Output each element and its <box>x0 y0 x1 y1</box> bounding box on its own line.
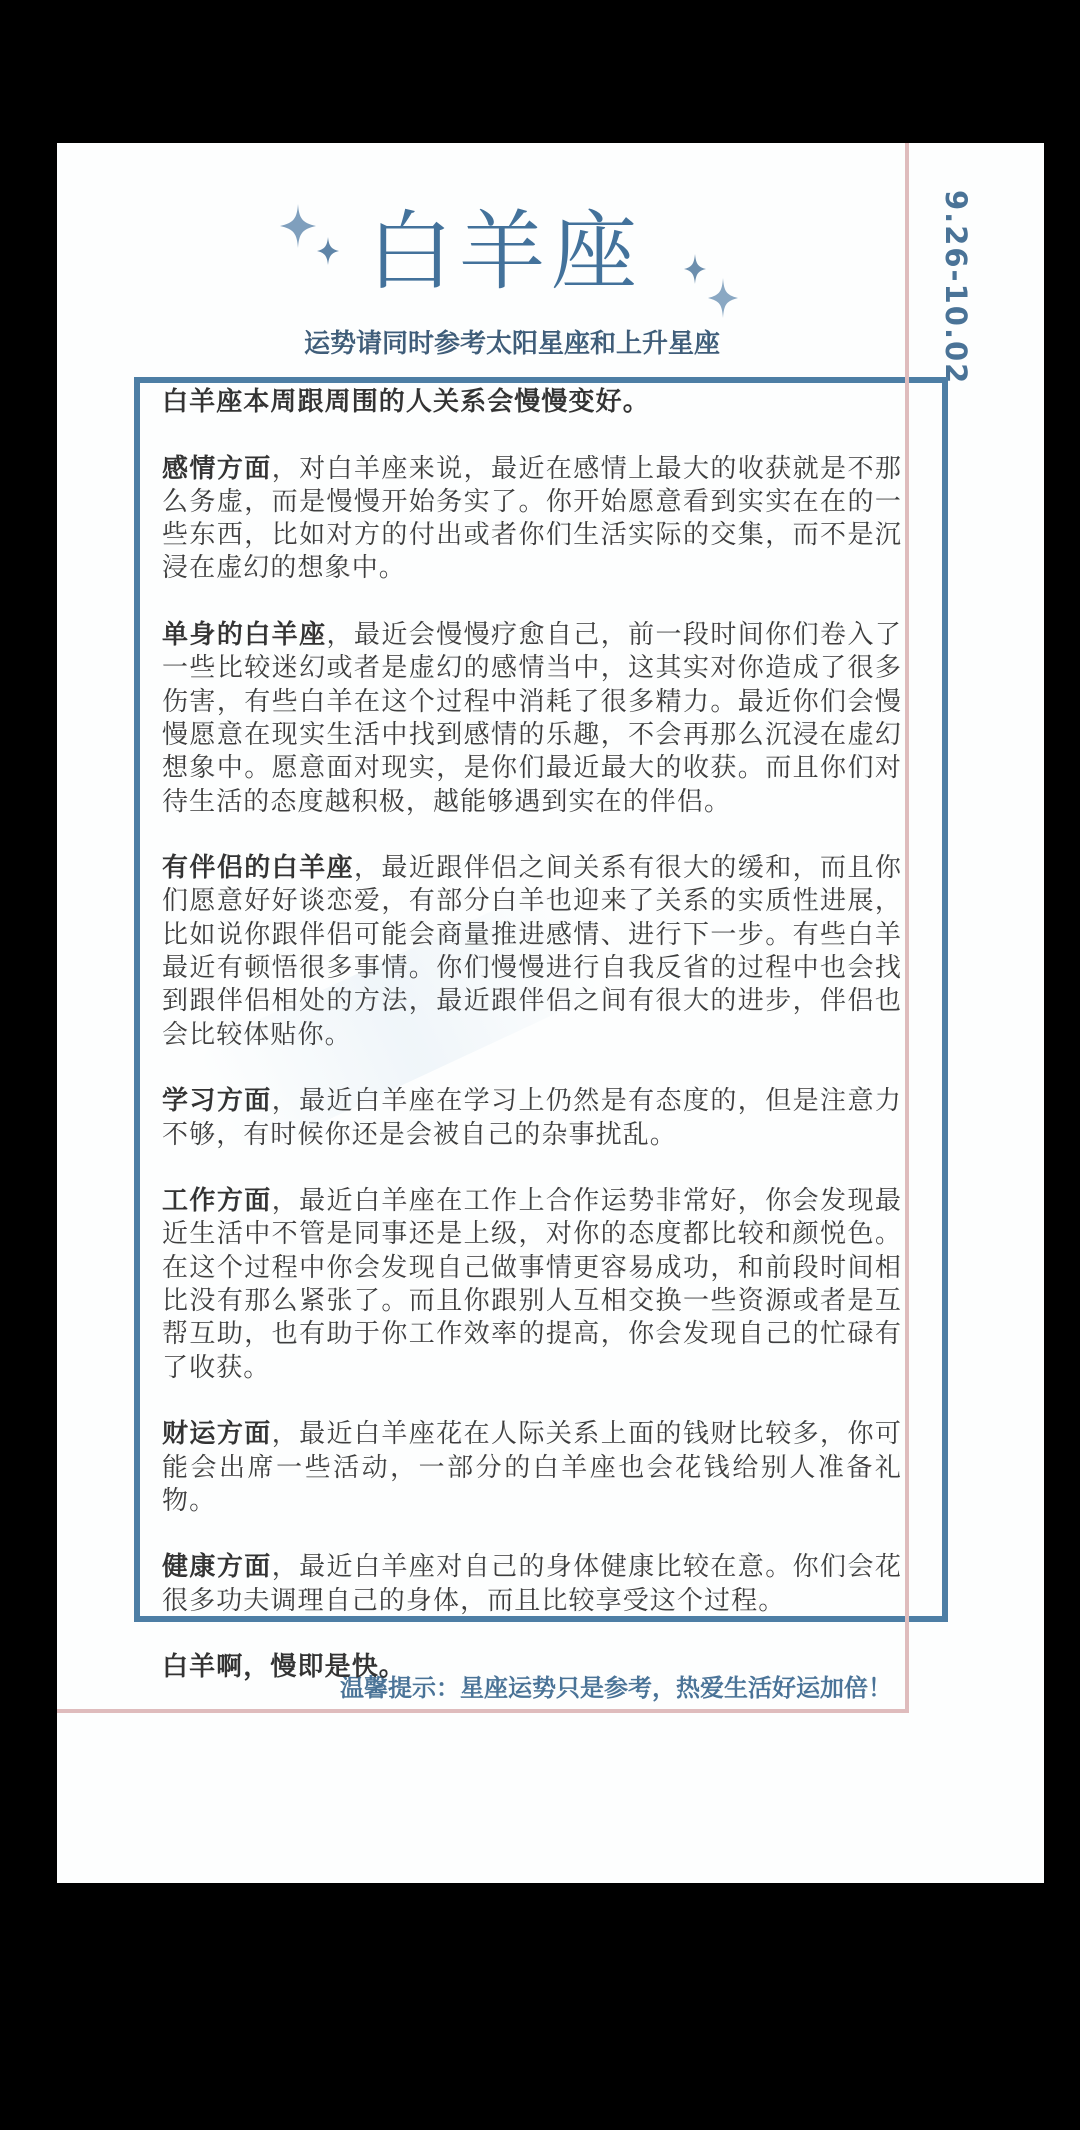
closing-sentence: 白羊啊，慢即是快。 <box>162 1651 902 1684</box>
section-text: ，最近白羊座在学习上仍然是有态度的，但是注意力不够，有时候你还是会被自己的杂事扰… <box>162 1086 902 1149</box>
page-title: 白羊座 <box>360 196 650 308</box>
section-health: 健康方面，最近白羊座对自己的身体健康比较在意。你们会花很多功夫调理自己的身体，而… <box>162 1551 902 1618</box>
section-heading: 感情方面 <box>162 454 272 484</box>
sparkle-icon-left-small <box>317 237 339 265</box>
section-text: ，最近白羊座花在人际关系上面的钱财比较多，你可能会出席一些活动，一部分的白羊座也… <box>162 1419 902 1516</box>
section-wealth: 财运方面，最近白羊座花在人际关系上面的钱财比较多，你可能会出席一些活动，一部分的… <box>162 1418 902 1518</box>
section-heading: 工作方面 <box>162 1186 272 1216</box>
sparkle-icon-right-large <box>708 278 738 318</box>
section-text: ，最近白羊座在工作上合作运势非常好，你会发现最近生活中不管是同事还是上级，对你的… <box>162 1186 902 1382</box>
section-heading: 健康方面 <box>162 1552 272 1582</box>
section-heading: 有伴侣的白羊座 <box>162 853 354 883</box>
section-partnered: 有伴侣的白羊座，最近跟伴侣之间关系有很大的缓和，而且你们愿意好好谈恋爱，有部分白… <box>162 852 902 1052</box>
section-text: ，最近白羊座对自己的身体健康比较在意。你们会花很多功夫调理自己的身体，而且比较享… <box>162 1552 902 1615</box>
section-study: 学习方面，最近白羊座在学习上仍然是有态度的，但是注意力不够，有时候你还是会被自己… <box>162 1085 902 1152</box>
section-heading: 财运方面 <box>162 1419 272 1449</box>
pink-vertical-divider <box>905 143 909 1713</box>
sparkle-icon-left-large <box>280 204 316 248</box>
section-love: 感情方面，对白羊座来说，最近在感情上最大的收获就是不那么务虚，而是慢慢开始务实了… <box>162 453 902 586</box>
sparkle-icon-right-small <box>684 254 706 284</box>
section-text: ，对白羊座来说，最近在感情上最大的收获就是不那么务虚，而是慢慢开始务实了。你开始… <box>162 454 902 584</box>
section-heading: 单身的白羊座 <box>162 620 327 650</box>
horoscope-content: 白羊座本周跟周围的人关系会慢慢变好。 感情方面，对白羊座来说，最近在感情上最大的… <box>162 386 902 1718</box>
section-heading: 学习方面 <box>162 1086 272 1116</box>
section-work: 工作方面，最近白羊座在工作上合作运势非常好，你会发现最近生活中不管是同事还是上级… <box>162 1185 902 1385</box>
date-range: 9.26-10.02 <box>938 190 974 370</box>
page-subtitle: 运势请同时参考太阳星座和上升星座 <box>300 326 724 362</box>
section-single: 单身的白羊座，最近会慢慢疗愈自己，前一段时间你们卷入了一些比较迷幻或者是虚幻的感… <box>162 619 902 819</box>
lead-sentence: 白羊座本周跟周围的人关系会慢慢变好。 <box>162 386 902 419</box>
pink-horizontal-divider <box>57 1709 909 1713</box>
